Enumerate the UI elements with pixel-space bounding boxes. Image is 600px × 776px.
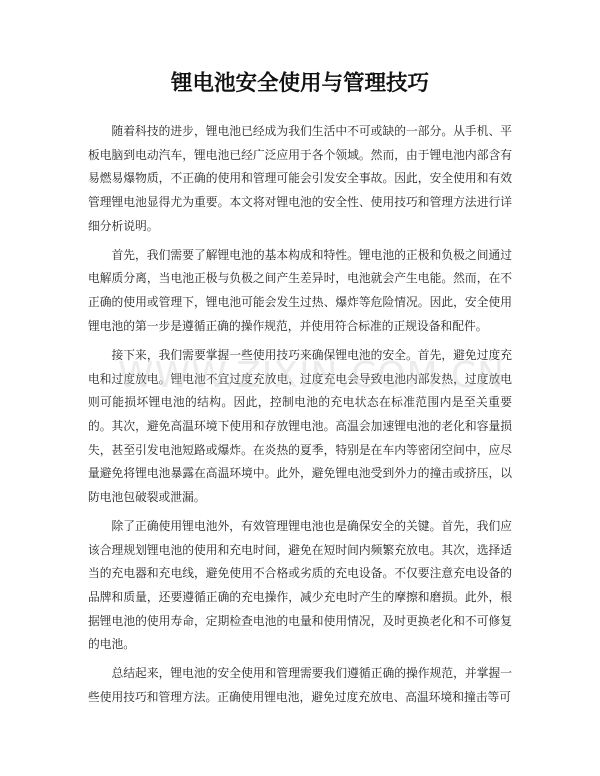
paragraph-summary: 总结起来，锂电池的安全使用和管理需要我们遵循正确的操作规范，并掌握一些使用技巧和… <box>88 662 512 709</box>
document-title: 锂电池安全使用与管理技巧 <box>0 71 600 97</box>
paragraph-usage-tips: 接下来，我们需要掌握一些使用技巧来确保锂电池的安全。首先，避免过度充电和过度放电… <box>88 344 512 510</box>
paragraph-management: 除了正确使用锂电池外，有效管理锂电池也是确保安全的关键。首先，我们应该合理规划锂… <box>88 515 512 657</box>
document-page: 锂电池安全使用与管理技巧 随着科技的进步，锂电池已经成为我们生活中不可或缺的一部… <box>0 0 600 776</box>
paragraph-intro: 随着科技的进步，锂电池已经成为我们生活中不可或缺的一部分。从手机、平板电脑到电动… <box>88 120 512 238</box>
paragraph-composition: 首先，我们需要了解锂电池的基本构成和特性。锂电池的正极和负极之间通过电解质分离，… <box>88 244 512 339</box>
document-body: 随着科技的进步，锂电池已经成为我们生活中不可或缺的一部分。从手机、平板电脑到电动… <box>88 120 512 715</box>
